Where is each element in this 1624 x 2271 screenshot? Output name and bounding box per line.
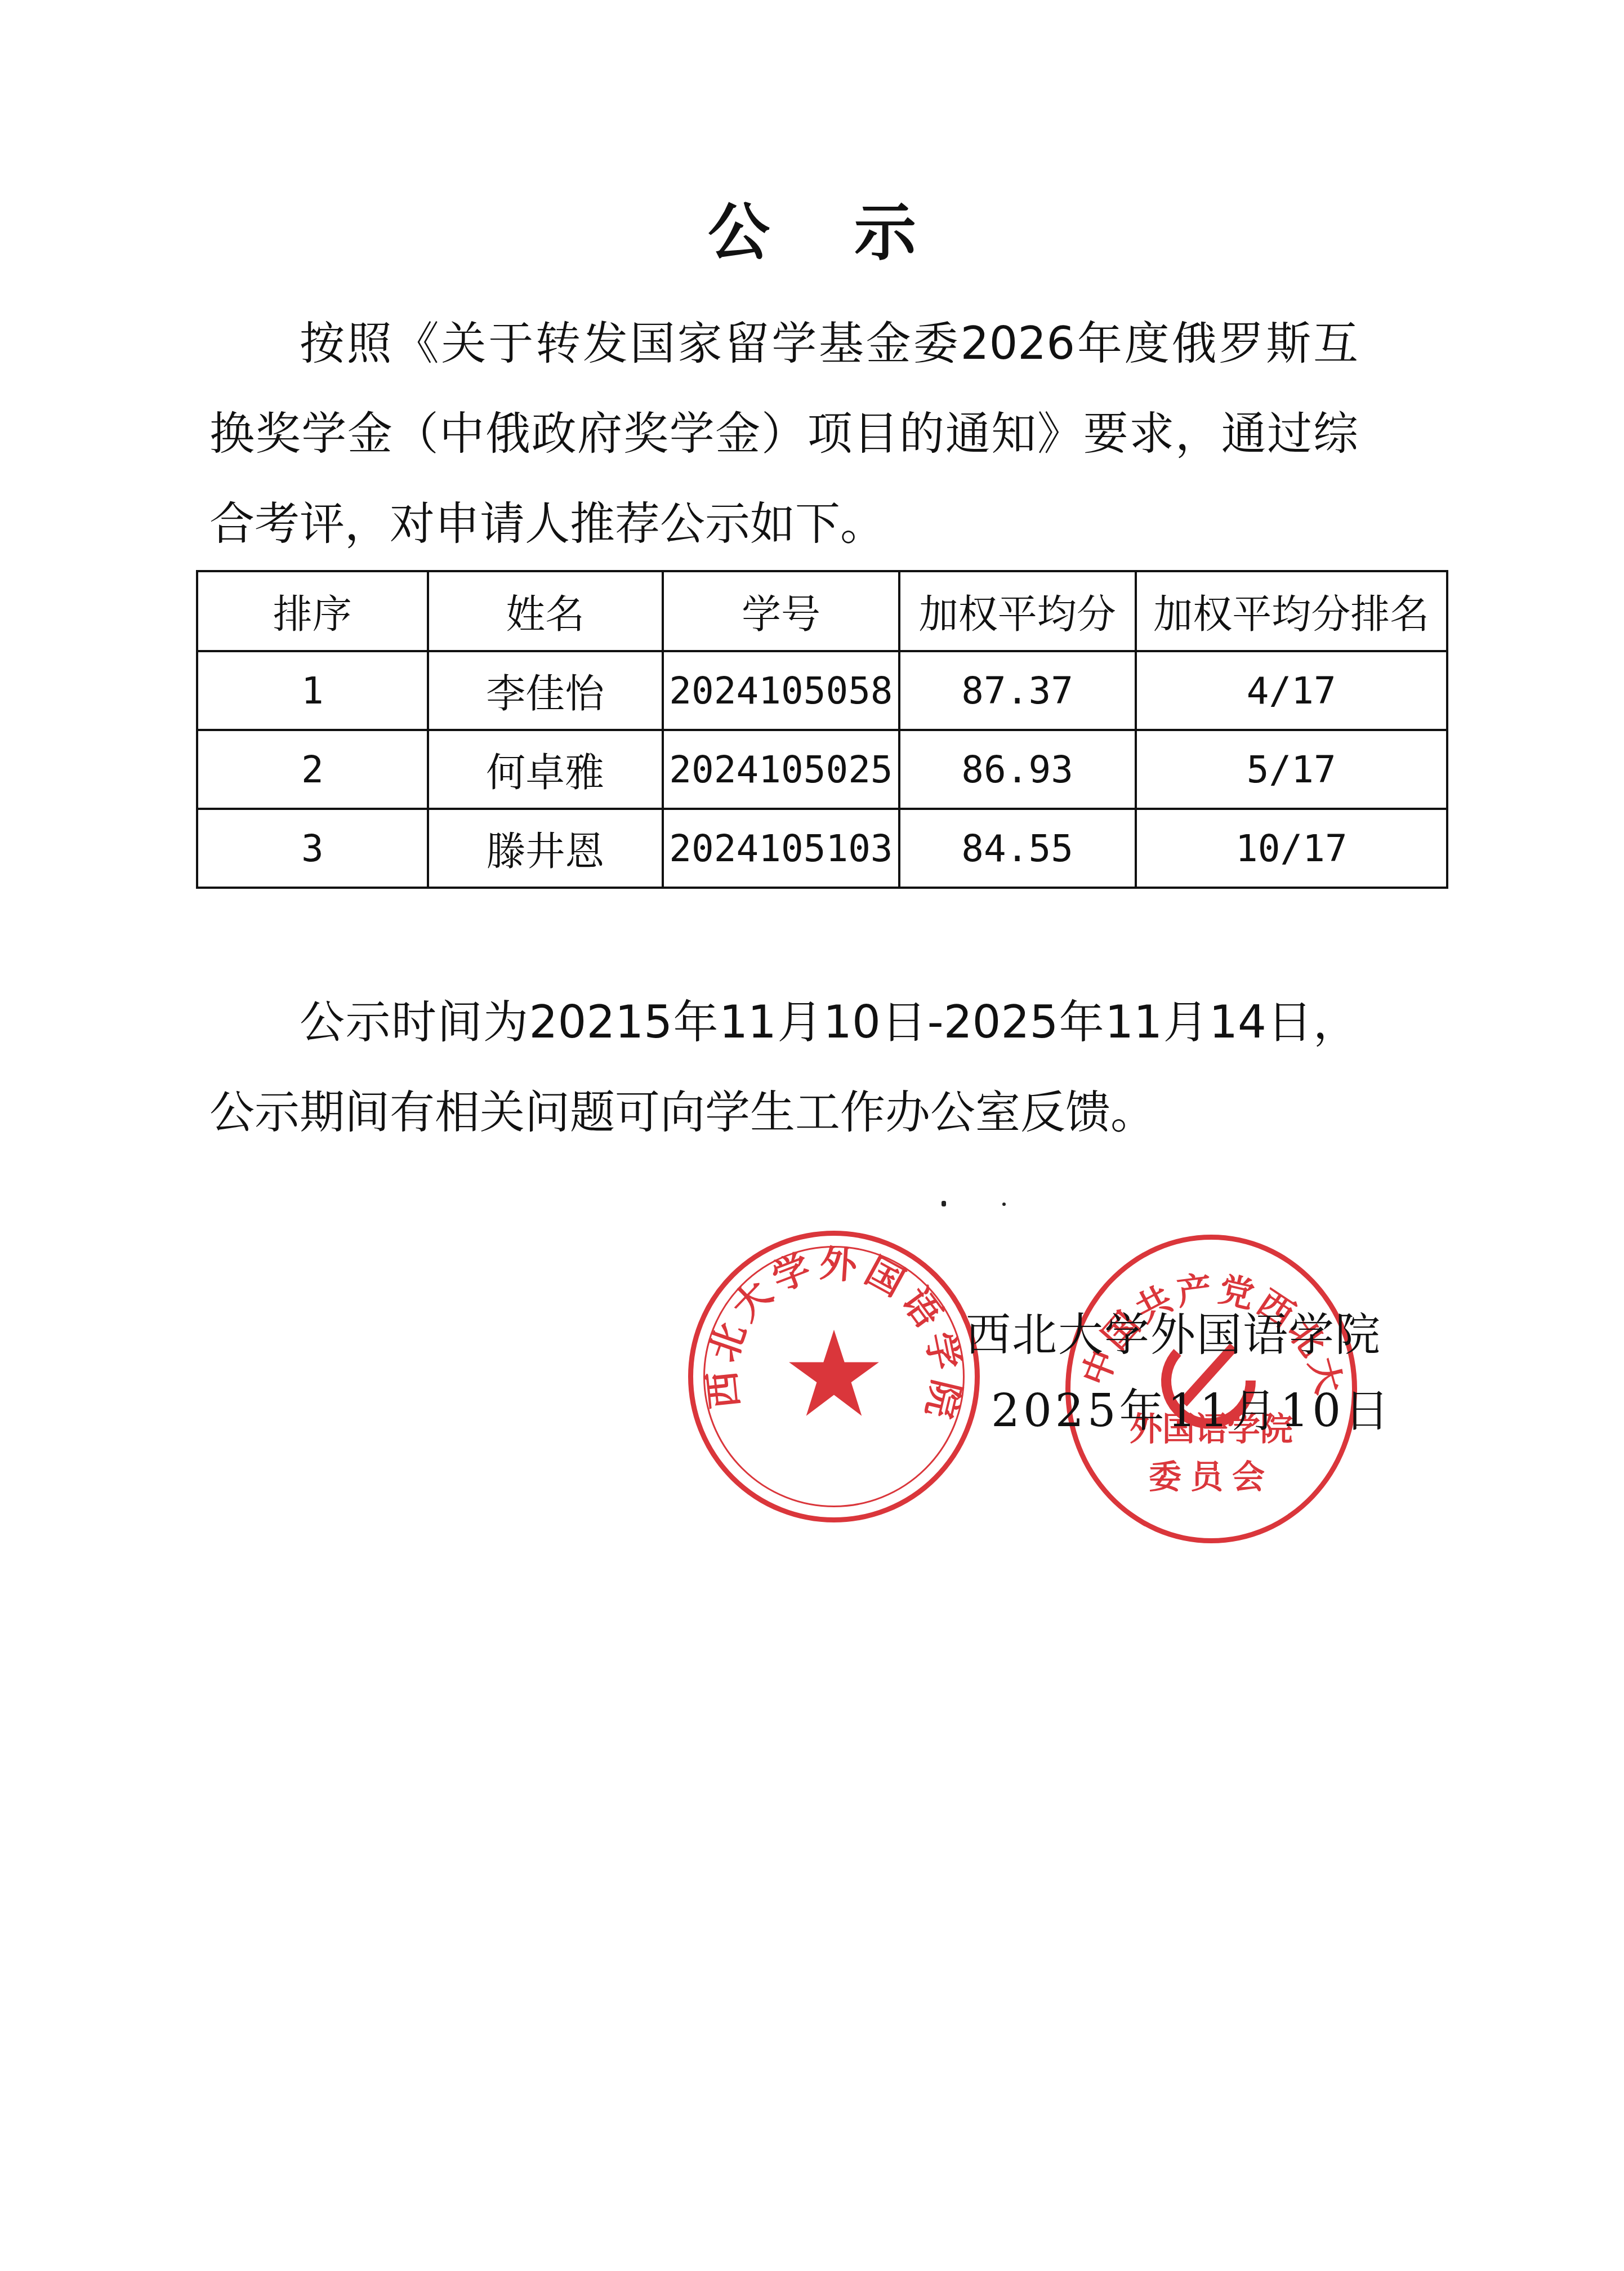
college-seal: 西北大学外国语学院 — [688, 1231, 980, 1522]
scan-speck — [1002, 1203, 1006, 1206]
cell-weighted-avg: 86.93 — [899, 730, 1136, 809]
star-icon — [786, 1326, 882, 1422]
signature-organization: 西北大学外国语学院 — [966, 1298, 1381, 1363]
period-paragraph: 公示时间为20215年11月10日-2025年11月14日，公示期间有相关问题可… — [209, 977, 1358, 1157]
cell-avg-rank: 5/17 — [1136, 730, 1447, 809]
scan-speck — [942, 1201, 946, 1206]
header-name: 姓名 — [428, 571, 663, 651]
cell-student-id: 2024105058 — [663, 651, 899, 730]
cell-name: 滕井恩 — [428, 809, 663, 888]
cell-avg-rank: 10/17 — [1136, 809, 1447, 888]
cell-avg-rank: 4/17 — [1136, 651, 1447, 730]
cell-weighted-avg: 84.55 — [899, 809, 1136, 888]
table-row: 3 滕井恩 2024105103 84.55 10/17 — [197, 809, 1447, 888]
cell-name: 何卓雅 — [428, 730, 663, 809]
intro-paragraph: 按照《关于转发国家留学基金委2026年度俄罗斯互换奖学金（中俄政府奖学金）项目的… — [209, 299, 1358, 569]
cell-student-id: 2024105103 — [663, 809, 899, 888]
seal-bottom-line-2: 委员会 — [1070, 1457, 1352, 1497]
cell-name: 李佳怡 — [428, 651, 663, 730]
table-row: 1 李佳怡 2024105058 87.37 4/17 — [197, 651, 1447, 730]
header-rank: 排序 — [197, 571, 428, 651]
signature-date: 2025年11月10日 — [991, 1374, 1393, 1439]
cell-rank: 1 — [197, 651, 428, 730]
cell-rank: 3 — [197, 809, 428, 888]
header-avg-rank: 加权平均分排名 — [1136, 571, 1447, 651]
recommendation-table: 排序 姓名 学号 加权平均分 加权平均分排名 1 李佳怡 2024105058 … — [196, 570, 1448, 889]
header-weighted-avg: 加权平均分 — [899, 571, 1136, 651]
cell-rank: 2 — [197, 730, 428, 809]
document-title: 公示 — [0, 183, 1624, 272]
table-row: 2 何卓雅 2024105025 86.93 5/17 — [197, 730, 1447, 809]
header-student-id: 学号 — [663, 571, 899, 651]
cell-student-id: 2024105025 — [663, 730, 899, 809]
cell-weighted-avg: 87.37 — [899, 651, 1136, 730]
table-header-row: 排序 姓名 学号 加权平均分 加权平均分排名 — [197, 571, 1447, 651]
